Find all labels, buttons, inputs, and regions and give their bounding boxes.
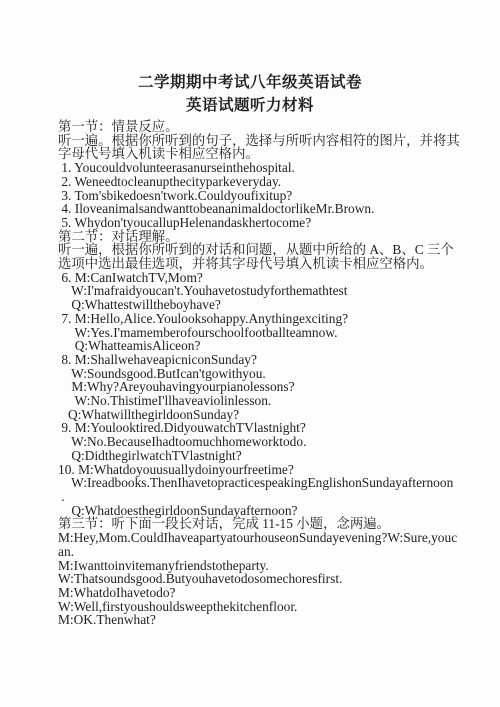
question-8-w1: W:Soundsgood.ButIcan'tgowithyou. <box>58 367 464 381</box>
question-8-m2: M:Why?Areyouhavingyourpianolessons? <box>58 380 464 394</box>
section2-instruction-line-2: 选项中选出最佳选项，并将其字母代号填入机读卡相应空格内。 <box>58 257 464 271</box>
section1-heading: 第一节：情景反应。 <box>58 120 464 134</box>
question-8-w2: W:No.ThistimeI'llhaveaviolinlesson. <box>58 394 464 408</box>
dialog-line-3: W:Thatsoundsgood.Butyouhavetodosomechore… <box>58 572 464 586</box>
document-body: 第一节：情景反应。 听一遍。根据你所听到的句子，选择与所听内容相符的图片，并将其… <box>0 120 500 627</box>
dialog-line-1: M:Hey,Mom.CouldIhaveapartyatourhouseonSu… <box>58 531 464 545</box>
question-7-w: W:Yes.I'mamemberofourschoolfootballteamn… <box>58 326 464 340</box>
question-9-q: Q:DidthegirlwatchTVlastnight? <box>58 449 464 463</box>
question-8-m1: 8. M:ShallwehaveapicniconSunday? <box>58 353 464 367</box>
question-3: 3. Tom'sbikedoesn'twork.Couldyoufixitup? <box>58 189 464 203</box>
dialog-line-5: W:Well,firstyoushouldsweepthekitchenfloo… <box>58 600 464 614</box>
question-9-m: 9. M:Youlooktired.DidyouwatchTVlastnight… <box>58 421 464 435</box>
question-10-w-overflow: . <box>58 490 464 504</box>
question-4: 4. Iloveanimalsandwanttobeananimaldoctor… <box>58 202 464 216</box>
dialog-line-2: M:Iwanttoinvitemanyfriendstotheparty. <box>58 559 464 573</box>
document-page: 二学期期中考试八年级英语试卷 英语试题听力材料 第一节：情景反应。 听一遍。根据… <box>0 0 500 707</box>
question-10-w: W:Ireadbooks.ThenIhavetopracticespeaking… <box>58 476 464 490</box>
question-7-q: Q:WhatteamisAliceon? <box>58 339 464 353</box>
question-9-w: W:No.BecauseIhadtoomuchhomeworktodo. <box>58 435 464 449</box>
section1-instruction-line-2: 字母代号填入机读卡相应空格内。 <box>58 147 464 161</box>
page-subtitle: 英语试题听力材料 <box>0 99 500 113</box>
section3-heading: 第三节：听下面一段长对话，完成 11-15 小题，念两遍。 <box>58 517 464 531</box>
question-10-m: 10. M:Whatdoyouusuallydoinyourfreetime? <box>58 463 464 477</box>
question-5: 5. Whydon'tyoucallupHelenandaskhertocome… <box>58 216 464 230</box>
page-title: 二学期期中考试八年级英语试卷 <box>0 76 500 90</box>
question-6-q: Q:Whattestwilltheboyhave? <box>58 298 464 312</box>
question-2: 2. Weneedtocleanupthecityparkeveryday. <box>58 175 464 189</box>
dialog-line-6: M:OK.Thenwhat? <box>58 613 464 627</box>
dialog-line-4: M:WhatdoIhavetodo? <box>58 586 464 600</box>
question-7-m: 7. M:Hello,Alice.Youlooksohappy.Anything… <box>58 312 464 326</box>
question-1: 1. Youcouldvolunteerasanurseinthehospita… <box>58 161 464 175</box>
question-6-m: 6. M:CanIwatchTV,Mom? <box>58 271 464 285</box>
question-8-q: Q:WhatwillthegirldoonSunday? <box>58 408 464 422</box>
section2-instruction-line-1: 听一遍，根据你所听到的对话和问题，从题中所给的 A、B、C 三个 <box>58 243 464 257</box>
dialog-line-1-overflow: an. <box>58 545 464 559</box>
question-6-w: W:I'mafraidyoucan't.Youhavetostudyforthe… <box>58 284 464 298</box>
